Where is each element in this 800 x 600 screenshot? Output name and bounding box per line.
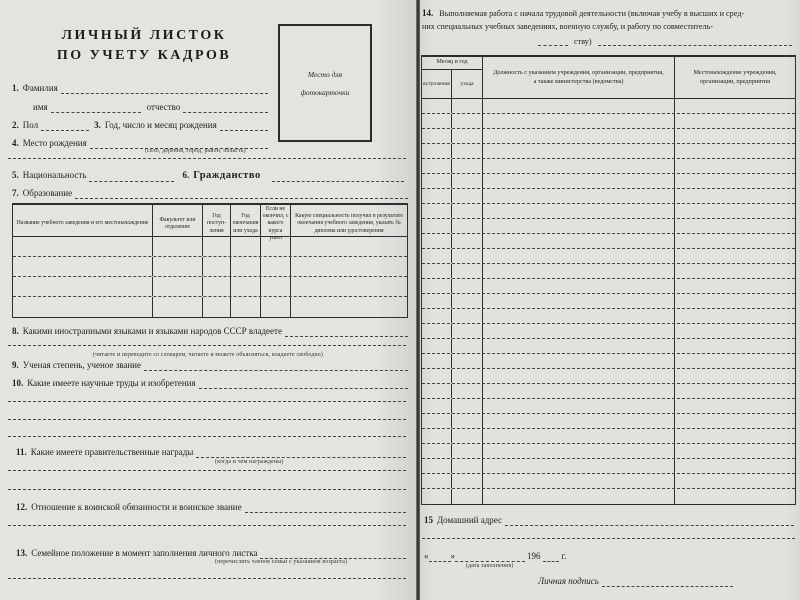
table-cell bbox=[675, 264, 795, 278]
table-row bbox=[13, 257, 407, 277]
table-cell bbox=[13, 257, 153, 276]
table-cell bbox=[675, 384, 795, 398]
fill-line bbox=[543, 553, 559, 562]
table-row bbox=[422, 219, 795, 234]
field-number: 10. bbox=[12, 379, 23, 389]
field-label: Национальность bbox=[23, 171, 87, 181]
field-label: Отношение к воинской обязанности и воинс… bbox=[31, 503, 241, 513]
field-number: 1. bbox=[12, 84, 19, 94]
table-cell bbox=[483, 174, 675, 188]
table-cell bbox=[483, 384, 675, 398]
table-cell bbox=[452, 384, 483, 398]
field-government-awards: 11. Какие имеете правительственные награ… bbox=[16, 448, 406, 458]
table-row bbox=[422, 324, 795, 339]
fill-line bbox=[8, 436, 406, 437]
field-note: (когда и чем награждены) bbox=[215, 459, 283, 465]
table-cell bbox=[452, 279, 483, 293]
table-cell bbox=[13, 237, 153, 256]
table-row bbox=[422, 429, 795, 444]
field-number: 12. bbox=[16, 503, 27, 513]
table-row bbox=[422, 189, 795, 204]
field-label: Образование bbox=[23, 189, 72, 199]
personal-signature-row: Личная подпись bbox=[538, 577, 733, 587]
table-cell bbox=[231, 237, 261, 256]
table-cell bbox=[203, 277, 231, 296]
table-cell bbox=[422, 99, 452, 113]
table-cell bbox=[452, 99, 483, 113]
table-cell bbox=[261, 237, 291, 256]
table-cell bbox=[452, 249, 483, 263]
fill-line bbox=[422, 538, 795, 539]
table-cell bbox=[422, 264, 452, 278]
table-cell bbox=[483, 159, 675, 173]
table-cell bbox=[675, 294, 795, 308]
left-page: ЛИЧНЫЙ ЛИСТОК ПО УЧЕТУ КАДРОВ Место для … bbox=[0, 0, 417, 600]
table-cell bbox=[422, 219, 452, 233]
table-cell bbox=[483, 309, 675, 323]
column-header: ухода bbox=[452, 70, 482, 98]
table-cell bbox=[422, 234, 452, 248]
field-label-line3: ству) bbox=[574, 37, 592, 46]
table-row bbox=[422, 159, 795, 174]
field-number: 2. bbox=[12, 121, 19, 131]
table-row bbox=[422, 474, 795, 489]
field-label: Фамилия bbox=[23, 84, 58, 94]
table-row bbox=[422, 414, 795, 429]
table-cell bbox=[422, 354, 452, 368]
field-number: 7. bbox=[12, 189, 19, 199]
table-cell bbox=[13, 297, 153, 317]
table-cell bbox=[483, 204, 675, 218]
field-work-history-tail: ству) bbox=[535, 37, 795, 46]
table-cell bbox=[483, 279, 675, 293]
fill-line bbox=[89, 173, 174, 182]
table-row bbox=[422, 339, 795, 354]
table-cell bbox=[483, 474, 675, 488]
table-cell bbox=[452, 444, 483, 458]
fill-line bbox=[8, 345, 406, 346]
scanned-personnel-form: ЛИЧНЫЙ ЛИСТОК ПО УЧЕТУ КАДРОВ Место для … bbox=[0, 0, 800, 600]
field-home-address: 15 Домашний адрес bbox=[424, 516, 794, 526]
table-cell bbox=[422, 414, 452, 428]
field-label-line1: Выполняемая работа с начала трудовой дея… bbox=[439, 9, 744, 18]
field-label: Семейное положение в момент заполнения л… bbox=[31, 549, 257, 559]
table-cell bbox=[483, 189, 675, 203]
table-cell bbox=[291, 277, 407, 296]
table-cell bbox=[231, 277, 261, 296]
table-cell bbox=[422, 339, 452, 353]
table-cell bbox=[452, 219, 483, 233]
table-cell bbox=[153, 277, 203, 296]
fill-line bbox=[429, 553, 451, 562]
field-label: Какие имеете правительственные награды bbox=[31, 448, 194, 458]
table-row bbox=[422, 99, 795, 114]
table-cell bbox=[675, 279, 795, 293]
fill-line bbox=[8, 401, 406, 402]
form-title-line2: ПО УЧЕТУ КАДРОВ bbox=[48, 46, 240, 66]
table-cell bbox=[452, 189, 483, 203]
table-row bbox=[422, 204, 795, 219]
table-cell bbox=[483, 444, 675, 458]
field-label: отчество bbox=[147, 103, 181, 113]
table-row bbox=[422, 489, 795, 504]
field-military-duty: 12. Отношение к воинской обязанности и в… bbox=[16, 503, 406, 513]
field-note: (читаете и переводите со словарем, читае… bbox=[58, 352, 358, 358]
table-cell bbox=[291, 297, 407, 317]
table-cell bbox=[153, 257, 203, 276]
table-cell bbox=[483, 99, 675, 113]
table-row bbox=[422, 279, 795, 294]
table-cell bbox=[675, 234, 795, 248]
table-cell bbox=[675, 399, 795, 413]
field-label: Гражданство bbox=[193, 170, 261, 182]
table-row bbox=[422, 309, 795, 324]
table-cell bbox=[452, 129, 483, 143]
table-cell bbox=[231, 257, 261, 276]
fill-line bbox=[8, 489, 406, 490]
table-cell bbox=[483, 369, 675, 383]
field-number: 3. bbox=[94, 121, 101, 131]
fill-line bbox=[75, 190, 408, 199]
work-table-header: Месяц и год вступле­ния ухода Должность … bbox=[422, 57, 795, 99]
table-cell bbox=[675, 99, 795, 113]
fill-line bbox=[183, 104, 268, 113]
table-cell bbox=[422, 189, 452, 203]
table-cell bbox=[483, 459, 675, 473]
field-note: (дата заполнения) bbox=[466, 563, 513, 569]
table-cell bbox=[675, 129, 795, 143]
table-cell bbox=[203, 257, 231, 276]
year-suffix: г. bbox=[562, 552, 567, 562]
table-cell bbox=[452, 399, 483, 413]
table-row bbox=[422, 234, 795, 249]
table-cell bbox=[452, 174, 483, 188]
table-cell bbox=[422, 324, 452, 338]
fill-line bbox=[41, 122, 89, 131]
field-number: 14. bbox=[422, 8, 433, 18]
field-label: Какими иностранными языками и языками на… bbox=[23, 327, 282, 337]
field-number: 15 bbox=[424, 516, 433, 526]
table-cell bbox=[452, 354, 483, 368]
photo-placeholder-box: Место для фотокарточки bbox=[278, 24, 372, 142]
education-table-header: Название учебного заведения и его местон… bbox=[13, 205, 407, 237]
photo-label-line1: Место для bbox=[308, 70, 342, 79]
table-cell bbox=[452, 234, 483, 248]
field-label-line2: них специальных учебных заведениях, воен… bbox=[422, 22, 713, 31]
table-row bbox=[422, 354, 795, 369]
table-row bbox=[422, 249, 795, 264]
field-label: имя bbox=[33, 103, 48, 113]
fill-line bbox=[538, 37, 568, 46]
table-cell bbox=[675, 369, 795, 383]
table-cell bbox=[675, 414, 795, 428]
field-number: 9. bbox=[12, 361, 19, 371]
table-row bbox=[422, 444, 795, 459]
table-row bbox=[13, 297, 407, 317]
fill-line bbox=[196, 449, 406, 458]
field-number: 13. bbox=[16, 549, 27, 559]
table-cell bbox=[675, 459, 795, 473]
field-education: 7. Образование bbox=[12, 189, 408, 199]
table-cell bbox=[675, 189, 795, 203]
table-row bbox=[422, 114, 795, 129]
table-cell bbox=[422, 279, 452, 293]
fill-line bbox=[199, 380, 408, 389]
field-name-patronymic: имя отчество bbox=[33, 103, 268, 113]
fill-line bbox=[61, 85, 268, 94]
fill-line bbox=[220, 122, 268, 131]
table-row bbox=[422, 294, 795, 309]
table-cell bbox=[452, 414, 483, 428]
column-header-month-year: Месяц и год вступле­ния ухода bbox=[422, 57, 483, 98]
education-table: Название учебного заведения и его местон… bbox=[12, 203, 408, 318]
table-cell bbox=[483, 414, 675, 428]
table-cell bbox=[452, 204, 483, 218]
field-label: Личная подпись bbox=[538, 577, 599, 587]
table-cell bbox=[452, 324, 483, 338]
fill-line bbox=[8, 578, 406, 579]
table-cell bbox=[422, 294, 452, 308]
table-cell bbox=[452, 459, 483, 473]
table-cell bbox=[13, 277, 153, 296]
fill-line bbox=[505, 517, 794, 526]
table-row bbox=[13, 277, 407, 297]
table-cell bbox=[422, 489, 452, 504]
table-row bbox=[422, 144, 795, 159]
table-cell bbox=[483, 144, 675, 158]
table-cell bbox=[483, 264, 675, 278]
table-cell bbox=[452, 294, 483, 308]
fill-line bbox=[8, 525, 406, 526]
table-cell bbox=[452, 114, 483, 128]
fill-line bbox=[272, 173, 404, 182]
table-cell bbox=[203, 297, 231, 317]
signature-line bbox=[602, 578, 733, 587]
field-label: Пол bbox=[23, 121, 38, 131]
table-cell bbox=[261, 257, 291, 276]
table-cell bbox=[483, 339, 675, 353]
table-cell bbox=[675, 489, 795, 504]
table-row bbox=[422, 369, 795, 384]
field-academic-degree: 9. Ученая степень, ученое звание bbox=[12, 361, 408, 371]
fill-line bbox=[8, 470, 406, 471]
field-note: (перечислить членов семьи с указанием во… bbox=[215, 559, 347, 565]
field-number: 8. bbox=[12, 327, 19, 337]
table-cell bbox=[675, 324, 795, 338]
table-cell bbox=[483, 399, 675, 413]
date-of-filling-row: « » 196 г. bbox=[424, 552, 624, 562]
table-cell bbox=[422, 429, 452, 443]
table-row bbox=[422, 384, 795, 399]
field-sex-birthdate: 2. Пол 3. Год, число и месяц рождения bbox=[12, 121, 268, 131]
table-cell bbox=[452, 369, 483, 383]
table-cell bbox=[675, 174, 795, 188]
work-table-body bbox=[422, 99, 795, 504]
table-cell bbox=[675, 204, 795, 218]
table-cell bbox=[675, 474, 795, 488]
year-prefix: 196 bbox=[527, 552, 541, 562]
field-number: 5. bbox=[12, 171, 19, 181]
table-cell bbox=[675, 144, 795, 158]
table-cell bbox=[261, 277, 291, 296]
column-header: Местонахождение учреждения, организации,… bbox=[675, 57, 795, 98]
table-cell bbox=[422, 399, 452, 413]
fill-line bbox=[260, 550, 406, 559]
fill-line bbox=[455, 553, 525, 562]
field-number: 6. bbox=[182, 171, 189, 181]
table-row bbox=[422, 459, 795, 474]
table-cell bbox=[675, 429, 795, 443]
table-cell bbox=[153, 297, 203, 317]
table-cell bbox=[422, 159, 452, 173]
table-cell bbox=[422, 444, 452, 458]
table-cell bbox=[422, 369, 452, 383]
table-cell bbox=[675, 339, 795, 353]
table-cell bbox=[675, 159, 795, 173]
photo-label-line2: фотокарточки bbox=[301, 88, 350, 97]
fill-line bbox=[245, 504, 406, 513]
field-nationality-citizenship: 5. Национальность 6. Гражданство bbox=[12, 170, 404, 182]
fill-line bbox=[8, 419, 406, 420]
table-cell bbox=[422, 144, 452, 158]
table-cell bbox=[422, 114, 452, 128]
fill-line bbox=[598, 37, 792, 46]
table-cell bbox=[231, 297, 261, 317]
form-title: ЛИЧНЫЙ ЛИСТОК ПО УЧЕТУ КАДРОВ bbox=[48, 26, 240, 67]
table-cell bbox=[422, 174, 452, 188]
table-cell bbox=[291, 237, 407, 256]
table-cell bbox=[483, 114, 675, 128]
table-cell bbox=[422, 129, 452, 143]
table-cell bbox=[291, 257, 407, 276]
table-cell bbox=[422, 384, 452, 398]
table-cell bbox=[675, 354, 795, 368]
table-cell bbox=[483, 429, 675, 443]
table-cell bbox=[452, 159, 483, 173]
field-scientific-works: 10. Какие имеете научные труды и изобрет… bbox=[12, 379, 408, 389]
fill-line bbox=[51, 104, 141, 113]
table-row bbox=[422, 174, 795, 189]
table-cell bbox=[452, 309, 483, 323]
field-surname: 1. Фамилия bbox=[12, 84, 268, 94]
table-cell bbox=[422, 204, 452, 218]
table-cell bbox=[452, 264, 483, 278]
month-year-subcolumns: вступле­ния ухода bbox=[422, 70, 482, 98]
table-cell bbox=[675, 219, 795, 233]
fill-line bbox=[8, 158, 406, 159]
table-cell bbox=[261, 297, 291, 317]
fill-line bbox=[144, 362, 408, 371]
table-cell bbox=[422, 309, 452, 323]
table-cell bbox=[675, 309, 795, 323]
work-history-table: Месяц и год вступле­ния ухода Должность … bbox=[421, 55, 796, 505]
table-cell bbox=[483, 129, 675, 143]
table-cell bbox=[483, 294, 675, 308]
field-note: (село, деревня, город, район, область) bbox=[145, 148, 246, 154]
field-label: Год, число и месяц рождения bbox=[105, 121, 217, 131]
table-cell bbox=[452, 144, 483, 158]
table-cell bbox=[452, 339, 483, 353]
field-number: 11. bbox=[16, 448, 27, 458]
column-header: Месяц и год bbox=[422, 57, 482, 70]
table-cell bbox=[452, 489, 483, 504]
table-cell bbox=[483, 234, 675, 248]
table-cell bbox=[483, 324, 675, 338]
table-row bbox=[422, 129, 795, 144]
field-number: 4. bbox=[12, 139, 19, 149]
field-languages: 8. Какими иностранными языками и языками… bbox=[12, 327, 408, 337]
table-row bbox=[422, 399, 795, 414]
table-cell bbox=[452, 429, 483, 443]
column-header: Должность с указанием учреждения, органи… bbox=[483, 57, 675, 98]
fill-line bbox=[285, 328, 408, 337]
field-label: Место рождения bbox=[23, 139, 87, 149]
table-cell bbox=[422, 459, 452, 473]
table-cell bbox=[452, 474, 483, 488]
table-cell bbox=[483, 489, 675, 504]
field-work-history: 14. Выполняемая работа с начала трудовой… bbox=[422, 7, 797, 34]
table-cell bbox=[153, 237, 203, 256]
table-cell bbox=[203, 237, 231, 256]
column-header: вступле­ния bbox=[422, 70, 452, 98]
table-cell bbox=[422, 249, 452, 263]
table-cell bbox=[483, 354, 675, 368]
table-cell bbox=[483, 219, 675, 233]
field-label: Ученая степень, ученое звание bbox=[23, 361, 141, 371]
table-cell bbox=[422, 474, 452, 488]
field-label: Какие имеете научные труды и изобретения bbox=[27, 379, 195, 389]
education-table-body bbox=[13, 237, 407, 317]
form-title-line1: ЛИЧНЫЙ ЛИСТОК bbox=[48, 26, 240, 46]
table-cell bbox=[675, 249, 795, 263]
field-family-status: 13. Семейное положение в момент заполнен… bbox=[16, 549, 406, 559]
right-page: 14. Выполняемая работа с начала трудовой… bbox=[420, 0, 800, 600]
table-row bbox=[422, 264, 795, 279]
table-cell bbox=[483, 249, 675, 263]
table-cell bbox=[675, 444, 795, 458]
field-label: Домашний адрес bbox=[437, 516, 502, 526]
table-row bbox=[13, 237, 407, 257]
table-cell bbox=[675, 114, 795, 128]
